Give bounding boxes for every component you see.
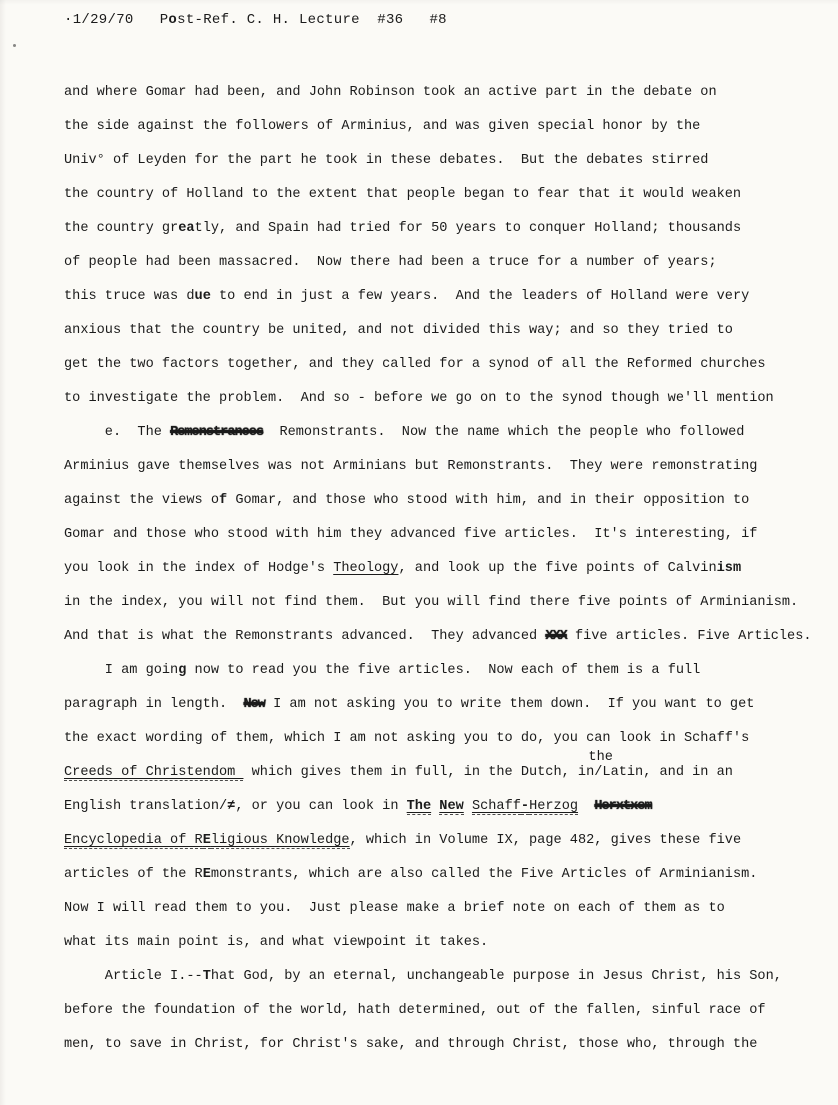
text-segment: get the two factors together, and they c… [64, 357, 766, 372]
text-segment-bu2: New [439, 799, 463, 815]
text-segment-b: ea [178, 221, 194, 236]
text-line: Now I will read them to you. Just please… [64, 892, 832, 926]
text-line: English translation/≠, or you can look i… [64, 790, 832, 824]
text-segment: ·1/29/70 P [64, 12, 168, 28]
text-line: paragraph in length. Now I am not asking… [64, 688, 832, 722]
text-segment: I am not asking you to write them down. … [265, 697, 754, 712]
text-segment: the country of Holland to the extent tha… [64, 187, 741, 202]
text-line: Arminius gave themselves was not Arminia… [64, 450, 832, 484]
text-segment-u2: ligious Knowledge [211, 833, 350, 849]
text-segment: , which in Volume IX, page 482, gives th… [350, 833, 742, 848]
text-segment: st-Ref. C. H. Lecture #36 #8 [177, 12, 447, 28]
text-segment: hat God, by an eternal, unchangeable pur… [211, 969, 782, 984]
text-segment-b: E [203, 867, 211, 882]
text-segment: And that is what the Remonstrants advanc… [64, 629, 545, 644]
text-line: you look in the index of Hodge's Theolog… [64, 552, 832, 586]
text-segment: I am goin [64, 663, 178, 678]
text-segment: five articles. Five Articles. [567, 629, 812, 644]
text-segment-u2: Encyclopedia of R [64, 833, 203, 849]
text-segment: the exact wording of them, which I am no… [64, 731, 749, 746]
scan-speck [13, 44, 16, 47]
text-line: the country greatly, and Spain had tried… [64, 212, 832, 246]
text-line: the country of Holland to the extent tha… [64, 178, 832, 212]
text-segment-b: f [219, 493, 227, 508]
text-line: And that is what the Remonstrants advanc… [64, 620, 832, 654]
text-segment: the country gr [64, 221, 178, 236]
text-segment [578, 799, 594, 814]
scanned-typewritten-page: ·1/29/70 Post-Ref. C. H. Lecture #36 #8 … [0, 0, 838, 1105]
text-segment-u2: Herzog [529, 799, 578, 815]
text-segment: English translation/ [64, 799, 227, 814]
text-segment-b: T [203, 969, 211, 984]
text-line: anxious that the country be united, and … [64, 314, 832, 348]
text-segment: e. The [64, 425, 170, 440]
text-segment: before the foundation of the world, hath… [64, 1003, 766, 1018]
text-segment-u2: Schaff [472, 799, 521, 815]
text-line: against the views of Gomar, and those wh… [64, 484, 832, 518]
text-segment: Gomar, and those who stood with him, and… [227, 493, 749, 508]
text-line: get the two factors together, and they c… [64, 348, 832, 382]
text-line: men, to save in Christ, for Christ's sak… [64, 1028, 832, 1062]
text-segment: monstrants, which are also called the Fi… [211, 867, 758, 882]
text-segment: Gomar and those who stood with him they … [64, 527, 757, 542]
text-segment-b: ism [717, 561, 741, 576]
text-segment-u2: Creeds of Christendom [64, 765, 243, 781]
text-segment: , or you can look in [235, 799, 406, 814]
text-segment: articles of the R [64, 867, 203, 882]
text-line: e. The Remonstrances Remonstrants. Now t… [64, 416, 832, 450]
text-line: Gomar and those who stood with him they … [64, 518, 832, 552]
text-segment: Univ° of Leyden for the part he took in … [64, 153, 708, 168]
text-segment: and where Gomar had been, and John Robin… [64, 85, 717, 100]
text-segment: this truce was d [64, 289, 195, 304]
text-segment: to end in just a few years. And the lead… [211, 289, 749, 304]
document-body: and where Gomar had been, and John Robin… [64, 76, 832, 1062]
text-segment: what its main point is, and what viewpoi… [64, 935, 488, 950]
text-segment: the side against the followers of Armini… [64, 119, 700, 134]
text-segment: to investigate the problem. And so - bef… [64, 391, 774, 406]
text-segment: now to read you the five articles. Now e… [186, 663, 700, 678]
text-segment: Latin, and in an [602, 765, 733, 780]
text-segment-bu2: - [521, 799, 529, 815]
text-segment: in the index, you will not find them. Bu… [64, 595, 798, 610]
text-line: Article I.--That God, by an eternal, unc… [64, 960, 832, 994]
text-segment: men, to save in Christ, for Christ's sak… [64, 1037, 757, 1052]
text-segment-strike: XXX [545, 629, 566, 644]
text-segment-b: o [168, 12, 177, 28]
text-segment: Now I will read them to you. Just please… [64, 901, 725, 916]
text-line: Encyclopedia of REligious Knowledge, whi… [64, 824, 832, 858]
text-segment: anxious that the country be united, and … [64, 323, 733, 338]
text-line: I am going now to read you the five arti… [64, 654, 832, 688]
text-line: the side against the followers of Armini… [64, 110, 832, 144]
text-segment [464, 799, 472, 814]
text-segment-bu2: E [203, 833, 211, 849]
text-segment: Remonstrants. Now the name which the peo… [263, 425, 744, 440]
text-segment-bu2: The [407, 799, 431, 815]
text-line: the exact wording of them, which I am no… [64, 722, 832, 756]
text-segment: which gives them in full, in the Dutch, … [243, 765, 602, 780]
text-line: Univ° of Leyden for the part he took in … [64, 144, 832, 178]
text-segment-strike: Remonstrances [170, 425, 263, 440]
text-line: this truce was due to end in just a few … [64, 280, 832, 314]
text-line: and where Gomar had been, and John Robin… [64, 76, 832, 110]
text-line: of people had been massacred. Now there … [64, 246, 832, 280]
text-segment: against the views o [64, 493, 219, 508]
text-segment: of people had been massacred. Now there … [64, 255, 717, 270]
text-segment: tly, and Spain had tried for 50 years to… [195, 221, 742, 236]
text-segment-strike: Herxtxem [594, 799, 651, 814]
text-segment-strike: Now [243, 697, 264, 712]
text-line: articles of the REmonstrants, which are … [64, 858, 832, 892]
text-segment: Arminius gave themselves was not Arminia… [64, 459, 757, 474]
text-segment: , and look up the five points of Calvin [398, 561, 716, 576]
text-segment-u: Theology [333, 561, 398, 576]
text-line: before the foundation of the world, hath… [64, 994, 832, 1028]
text-segment: Article I.-- [64, 969, 203, 984]
text-line: what its main point is, and what viewpoi… [64, 926, 832, 960]
text-segment: you look in the index of Hodge's [64, 561, 333, 576]
text-line: in the index, you will not find them. Bu… [64, 586, 832, 620]
text-segment: paragraph in length. [64, 697, 243, 712]
text-segment-b: ue [195, 289, 211, 304]
text-line: Creeds of Christendom which gives them i… [64, 756, 832, 790]
page-header: ·1/29/70 Post-Ref. C. H. Lecture #36 #8 [64, 12, 447, 28]
text-line: to investigate the problem. And so - bef… [64, 382, 832, 416]
